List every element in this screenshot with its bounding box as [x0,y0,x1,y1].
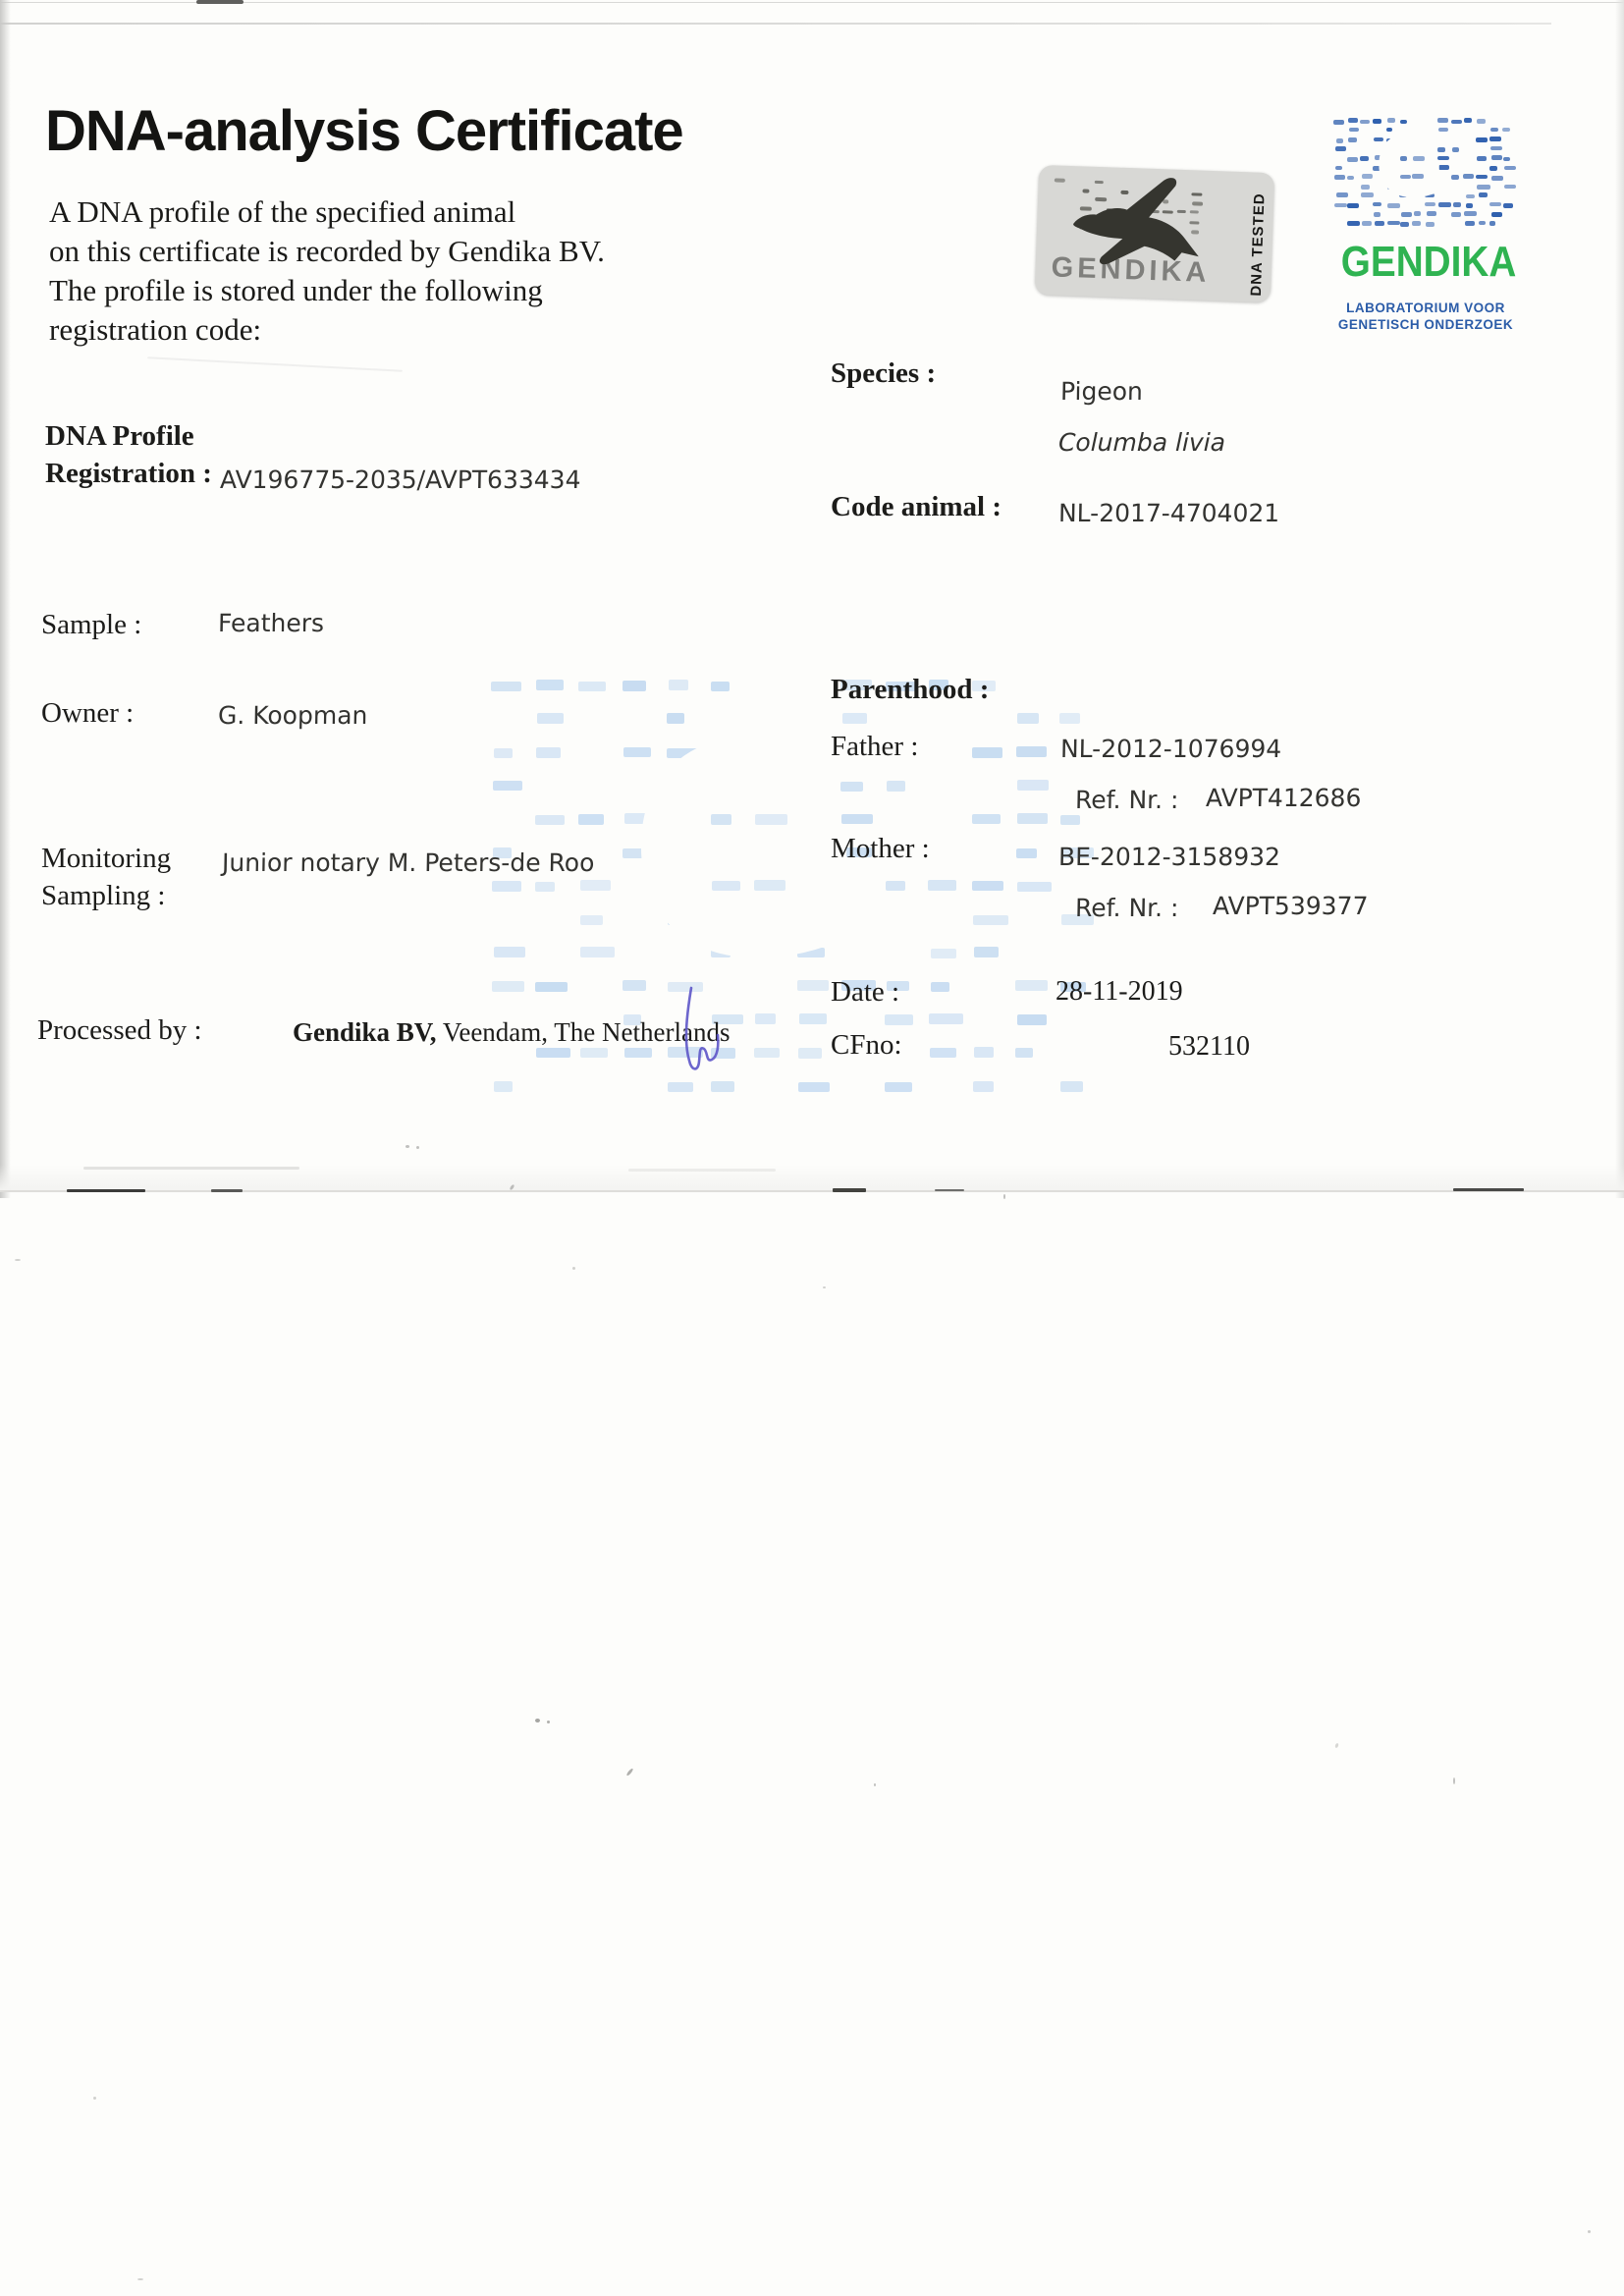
gel-dash [1426,222,1435,227]
logo-tagline-line2: GENETISCH ONDERZOEK [1329,317,1522,332]
species-latin-value: Columba livia [1058,428,1225,457]
gel-dash [1347,203,1359,208]
gel-dash [1477,156,1488,161]
gel-dash [1360,156,1369,161]
gel-dash [1412,221,1422,226]
mother-value: BE-2012-3158932 [1058,843,1280,871]
gel-dash [1348,118,1358,123]
gel-dash [1348,137,1357,142]
intro-line: on this certificate is recorded by Gendi… [49,232,717,271]
gel-dash [1464,211,1477,216]
gel-dash [1504,166,1516,171]
cfno-label: CFno: [831,1029,902,1062]
father-label: Father : [831,731,918,763]
gendika-dna-tested-stamp: GENDIKA DNA TESTED [1035,165,1274,302]
gel-dash [1489,221,1496,226]
gel-dash [1453,202,1461,207]
processed-by-value: Gendika BV, Veendam, The Netherlands [293,1017,730,1048]
gel-dash [1489,166,1497,171]
species-value: Pigeon [1060,377,1143,406]
cfno-value: 532110 [1168,1031,1250,1063]
father-value: NL-2012-1076994 [1060,735,1282,763]
species-label: Species : [831,357,936,390]
monitoring-label-line1: Monitoring [41,843,171,875]
gel-dash [1463,174,1474,179]
owner-value: G. Koopman [218,701,368,730]
gel-dash [1334,175,1345,180]
gel-dash [1347,157,1358,162]
gel-dash [1333,120,1344,125]
gel-dash [1503,157,1510,162]
gel-dash [1476,137,1487,142]
gel-dash [1491,212,1502,217]
gel-dash [1466,194,1476,199]
gel-dash [1347,176,1354,181]
intro-line: A DNA profile of the specified animal [49,192,717,232]
gel-dash [1491,155,1502,160]
code-animal-label: Code animal : [831,491,1001,523]
sample-label: Sample : [41,609,141,641]
gel-dash [1477,119,1486,124]
code-animal-value: NL-2017-4704021 [1058,499,1280,527]
gel-dash [1336,192,1348,197]
gel-dash [1464,118,1471,123]
stamp-dna-tested-label: DNA TESTED [1248,178,1269,297]
registration-label-line2: Registration : [45,458,212,490]
gel-dash [1451,212,1461,217]
gel-dash [1347,221,1360,226]
gel-dash [1477,185,1489,190]
gel-dash [1361,192,1374,197]
gel-dash [1466,203,1473,208]
intro-line: The profile is stored under the followin… [49,271,717,310]
gel-dash [1489,137,1500,141]
certificate-content: DNA-analysis Certificate A DNA profile o… [0,0,1624,2296]
date-value: 28-11-2019 [1056,976,1183,1008]
gel-dash [1476,175,1488,180]
date-label: Date : [831,976,899,1009]
processed-by-company: Gendika BV, [293,1017,437,1047]
monitoring-value: Junior notary M. Peters-de Roo [222,848,595,877]
gel-dash [1491,176,1504,181]
gel-dash [1362,221,1372,226]
intro-paragraph: A DNA profile of the specified animal on… [49,192,717,350]
mother-ref-label: Ref. Nr. : [1075,894,1179,922]
father-ref-value: AVPT412686 [1206,784,1362,812]
gel-dash [1490,128,1498,133]
gel-dash [1451,120,1462,125]
gel-dash [1502,128,1510,133]
logo-gel-pattern: G [1333,118,1516,232]
logo-letter-g: G [1375,124,1445,210]
gel-dash [1349,128,1359,133]
father-ref-label: Ref. Nr. : [1075,786,1179,814]
scanned-certificate-page: G DNA-analysis Certificate A DNA profile… [0,0,1624,2296]
gel-dash [1479,221,1486,226]
sample-value: Feathers [218,609,325,637]
gel-dash [1334,203,1346,208]
logo-tagline-line1: LABORATORIUM VOOR [1329,301,1522,315]
gel-dash [1504,185,1516,190]
gel-dash [1387,221,1400,226]
pigeon-icon [1053,173,1225,281]
mother-ref-value: AVPT539377 [1213,892,1369,920]
gel-dash [1490,146,1502,151]
gel-dash [1451,175,1459,180]
gel-dash [1489,202,1501,207]
signature-mark [681,986,727,1078]
gel-dash [1479,192,1488,197]
parenthood-label: Parenthood : [831,674,989,706]
registration-label-line1: DNA Profile [45,420,194,453]
gel-dash [1465,221,1475,226]
monitoring-label-line2: Sampling : [41,880,165,912]
gel-dash [1336,138,1343,143]
gel-dash [1335,146,1346,151]
mother-label: Mother : [831,833,930,865]
gel-dash [1375,221,1384,226]
gel-dash [1335,166,1342,171]
gel-dash [1361,185,1370,190]
gel-dash [1362,174,1373,179]
registration-value: AV196775-2035/AVPT633434 [220,465,581,494]
processed-by-label: Processed by : [37,1014,202,1047]
gel-dash [1360,120,1370,125]
logo-brand-label: GENDIKA [1341,238,1510,287]
page-title: DNA-analysis Certificate [45,98,683,164]
gel-dash [1452,147,1459,152]
intro-line: registration code: [49,310,717,350]
gel-dash [1503,203,1513,208]
gel-dash [1400,222,1409,227]
owner-label: Owner : [41,697,134,730]
